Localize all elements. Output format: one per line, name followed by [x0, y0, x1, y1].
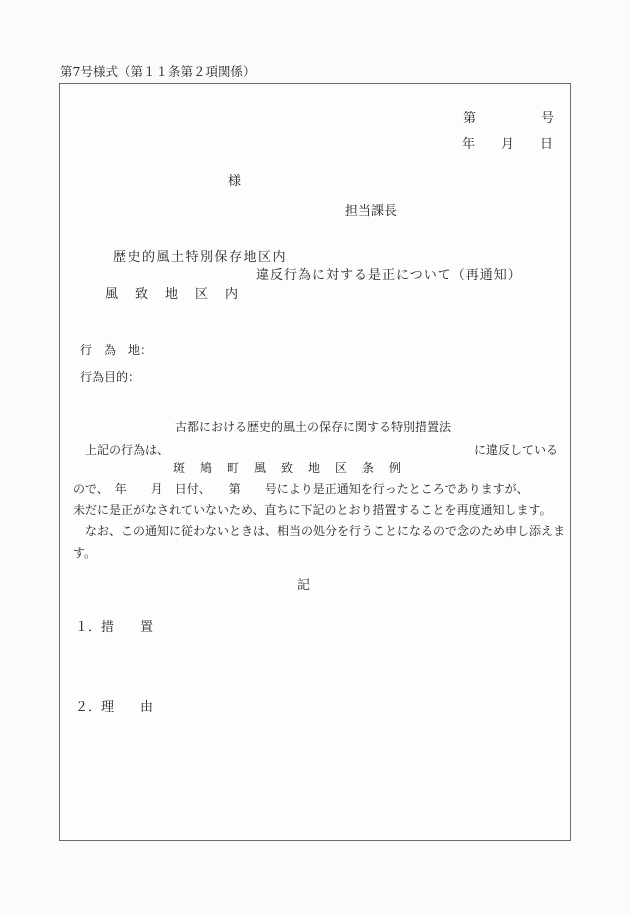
body-line-5: す。 [73, 546, 96, 561]
doc-number-line: 第 号 [463, 111, 554, 127]
body-intro-right: に違反している [474, 443, 558, 458]
sender-title: 担当課長 [345, 204, 397, 220]
item-measure-label: １．措 置 [75, 620, 153, 636]
form-number-heading: 第7号様式（第１１条第２項関係） [60, 64, 255, 80]
item-reason-label: ２．理 由 [75, 700, 153, 716]
body-line-2: ので、 年 月 日付、 第 号により是正通知を行ったところでありますが、 [73, 482, 529, 497]
law-option-bottom: 斑 鳩 町 風 致 地 区 条 例 [173, 461, 403, 476]
body-line-4: なお、この通知に従わないときは、相当の処分を行うことになるので念のため申し添えま [73, 524, 565, 539]
body-intro-left: 上記の行為は、 [85, 443, 169, 458]
record-marker: 記 [297, 578, 310, 594]
addressee-suffix: 様 [228, 174, 241, 190]
date-line: 年 月 日 [462, 137, 553, 153]
zone-option-top: 歴史的風土特別保存地区内 [113, 250, 287, 266]
zone-option-bottom: 風 致 地 区 内 [105, 287, 240, 303]
body-line-3: 未だに是正がなされていないため、直ちに下記のとおり措置することを再度通知します。 [73, 503, 552, 518]
act-purpose-label: 行為目的： [80, 370, 140, 385]
subject-title: 違反行為に対する是正について（再通知） [256, 268, 522, 284]
act-site-label: 行 為 地： [80, 343, 152, 358]
law-option-top: 古都における歴史的風土の保存に関する特別措置法 [175, 420, 451, 435]
form-page: 第7号様式（第１１条第２項関係） 第 号 年 月 日 様 担当課長 歴史的風土特… [0, 0, 630, 915]
